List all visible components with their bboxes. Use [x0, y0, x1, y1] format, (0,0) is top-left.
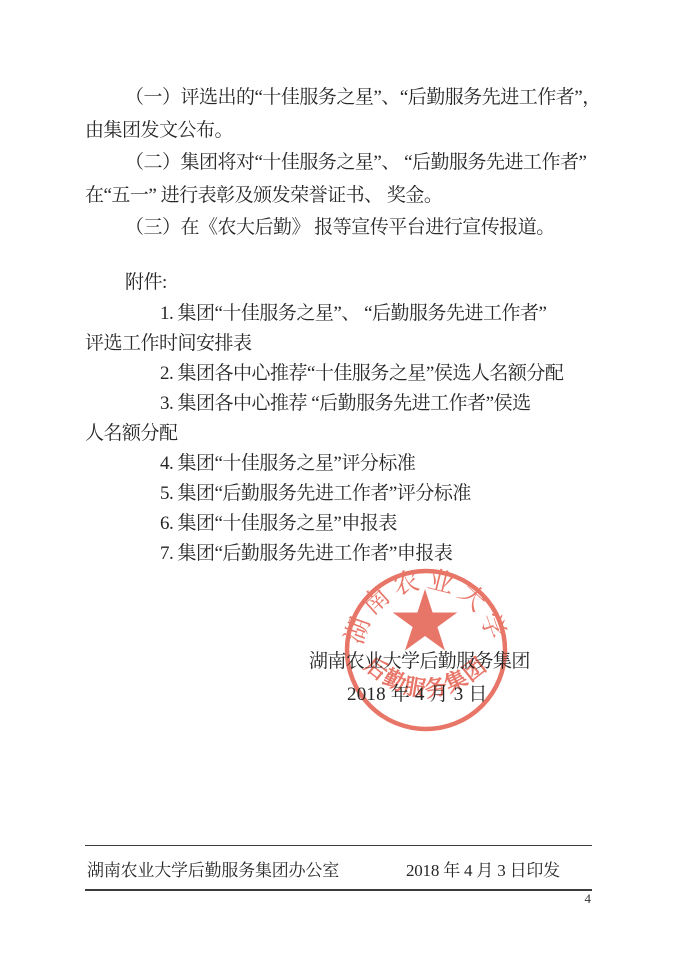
attachment-item: 7. 集团“后勤服务先进工作者”申报表 — [85, 539, 597, 569]
attachment-item: 4. 集团“十佳服务之星”评分标准 — [85, 449, 597, 479]
footer-rule-bottom — [85, 889, 592, 891]
footer-rule-top — [85, 845, 592, 846]
footer-issuing-office: 湖南农业大学后勤服务集团办公室 — [87, 856, 339, 881]
footer-row: 湖南农业大学后勤服务集团办公室 2018 年 4 月 3 日印发 — [87, 856, 590, 881]
paragraph-line: （二）集团将对“十佳服务之星”、 “后勤服务先进工作者” — [85, 147, 597, 180]
signature-organization: 湖南农业大学后勤服务集团 — [309, 646, 530, 673]
attachment-item-continuation: 人名额分配 — [85, 419, 597, 449]
attachment-item-continuation: 评选工作时间安排表 — [85, 329, 597, 359]
attachment-item: 6. 集团“十佳服务之星”申报表 — [85, 509, 597, 539]
attachment-item: 2. 集团各中心推荐“十佳服务之星”侯选人名额分配 — [85, 359, 597, 389]
attachment-item: 5. 集团“后勤服务先进工作者”评分标准 — [85, 479, 597, 509]
paragraph-line: 在“五一” 进行表彰及颁发荣誉证书、 奖金。 — [85, 180, 597, 213]
document-footer: 湖南农业大学后勤服务集团办公室 2018 年 4 月 3 日印发 4 — [85, 845, 592, 915]
paragraph-line: （三）在《农大后勤》 报等宣传平台进行宣传报道。 — [85, 212, 597, 245]
page-number: 4 — [585, 891, 592, 907]
attachment-item: 1. 集团“十佳服务之星”、 “后勤服务先进工作者” — [85, 299, 597, 329]
paragraph-line: （一）评选出的“十佳服务之星”、“后勤服务先进工作者”， — [85, 82, 597, 115]
attachment-item: 3. 集团各中心推荐 “后勤服务先进工作者”侯选 — [85, 389, 597, 419]
document-body: （一）评选出的“十佳服务之星”、“后勤服务先进工作者”， 由集团发文公布。 （二… — [85, 82, 597, 569]
attachments-label: 附件: — [85, 267, 597, 300]
footer-print-date: 2018 年 4 月 3 日印发 — [406, 856, 590, 881]
signature-date: 2018 年 4 月 3 日 — [347, 679, 488, 706]
paragraph-line: 由集团发文公布。 — [85, 115, 597, 148]
document-page: （一）评选出的“十佳服务之星”、“后勤服务先进工作者”， 由集团发文公布。 （二… — [0, 0, 680, 957]
